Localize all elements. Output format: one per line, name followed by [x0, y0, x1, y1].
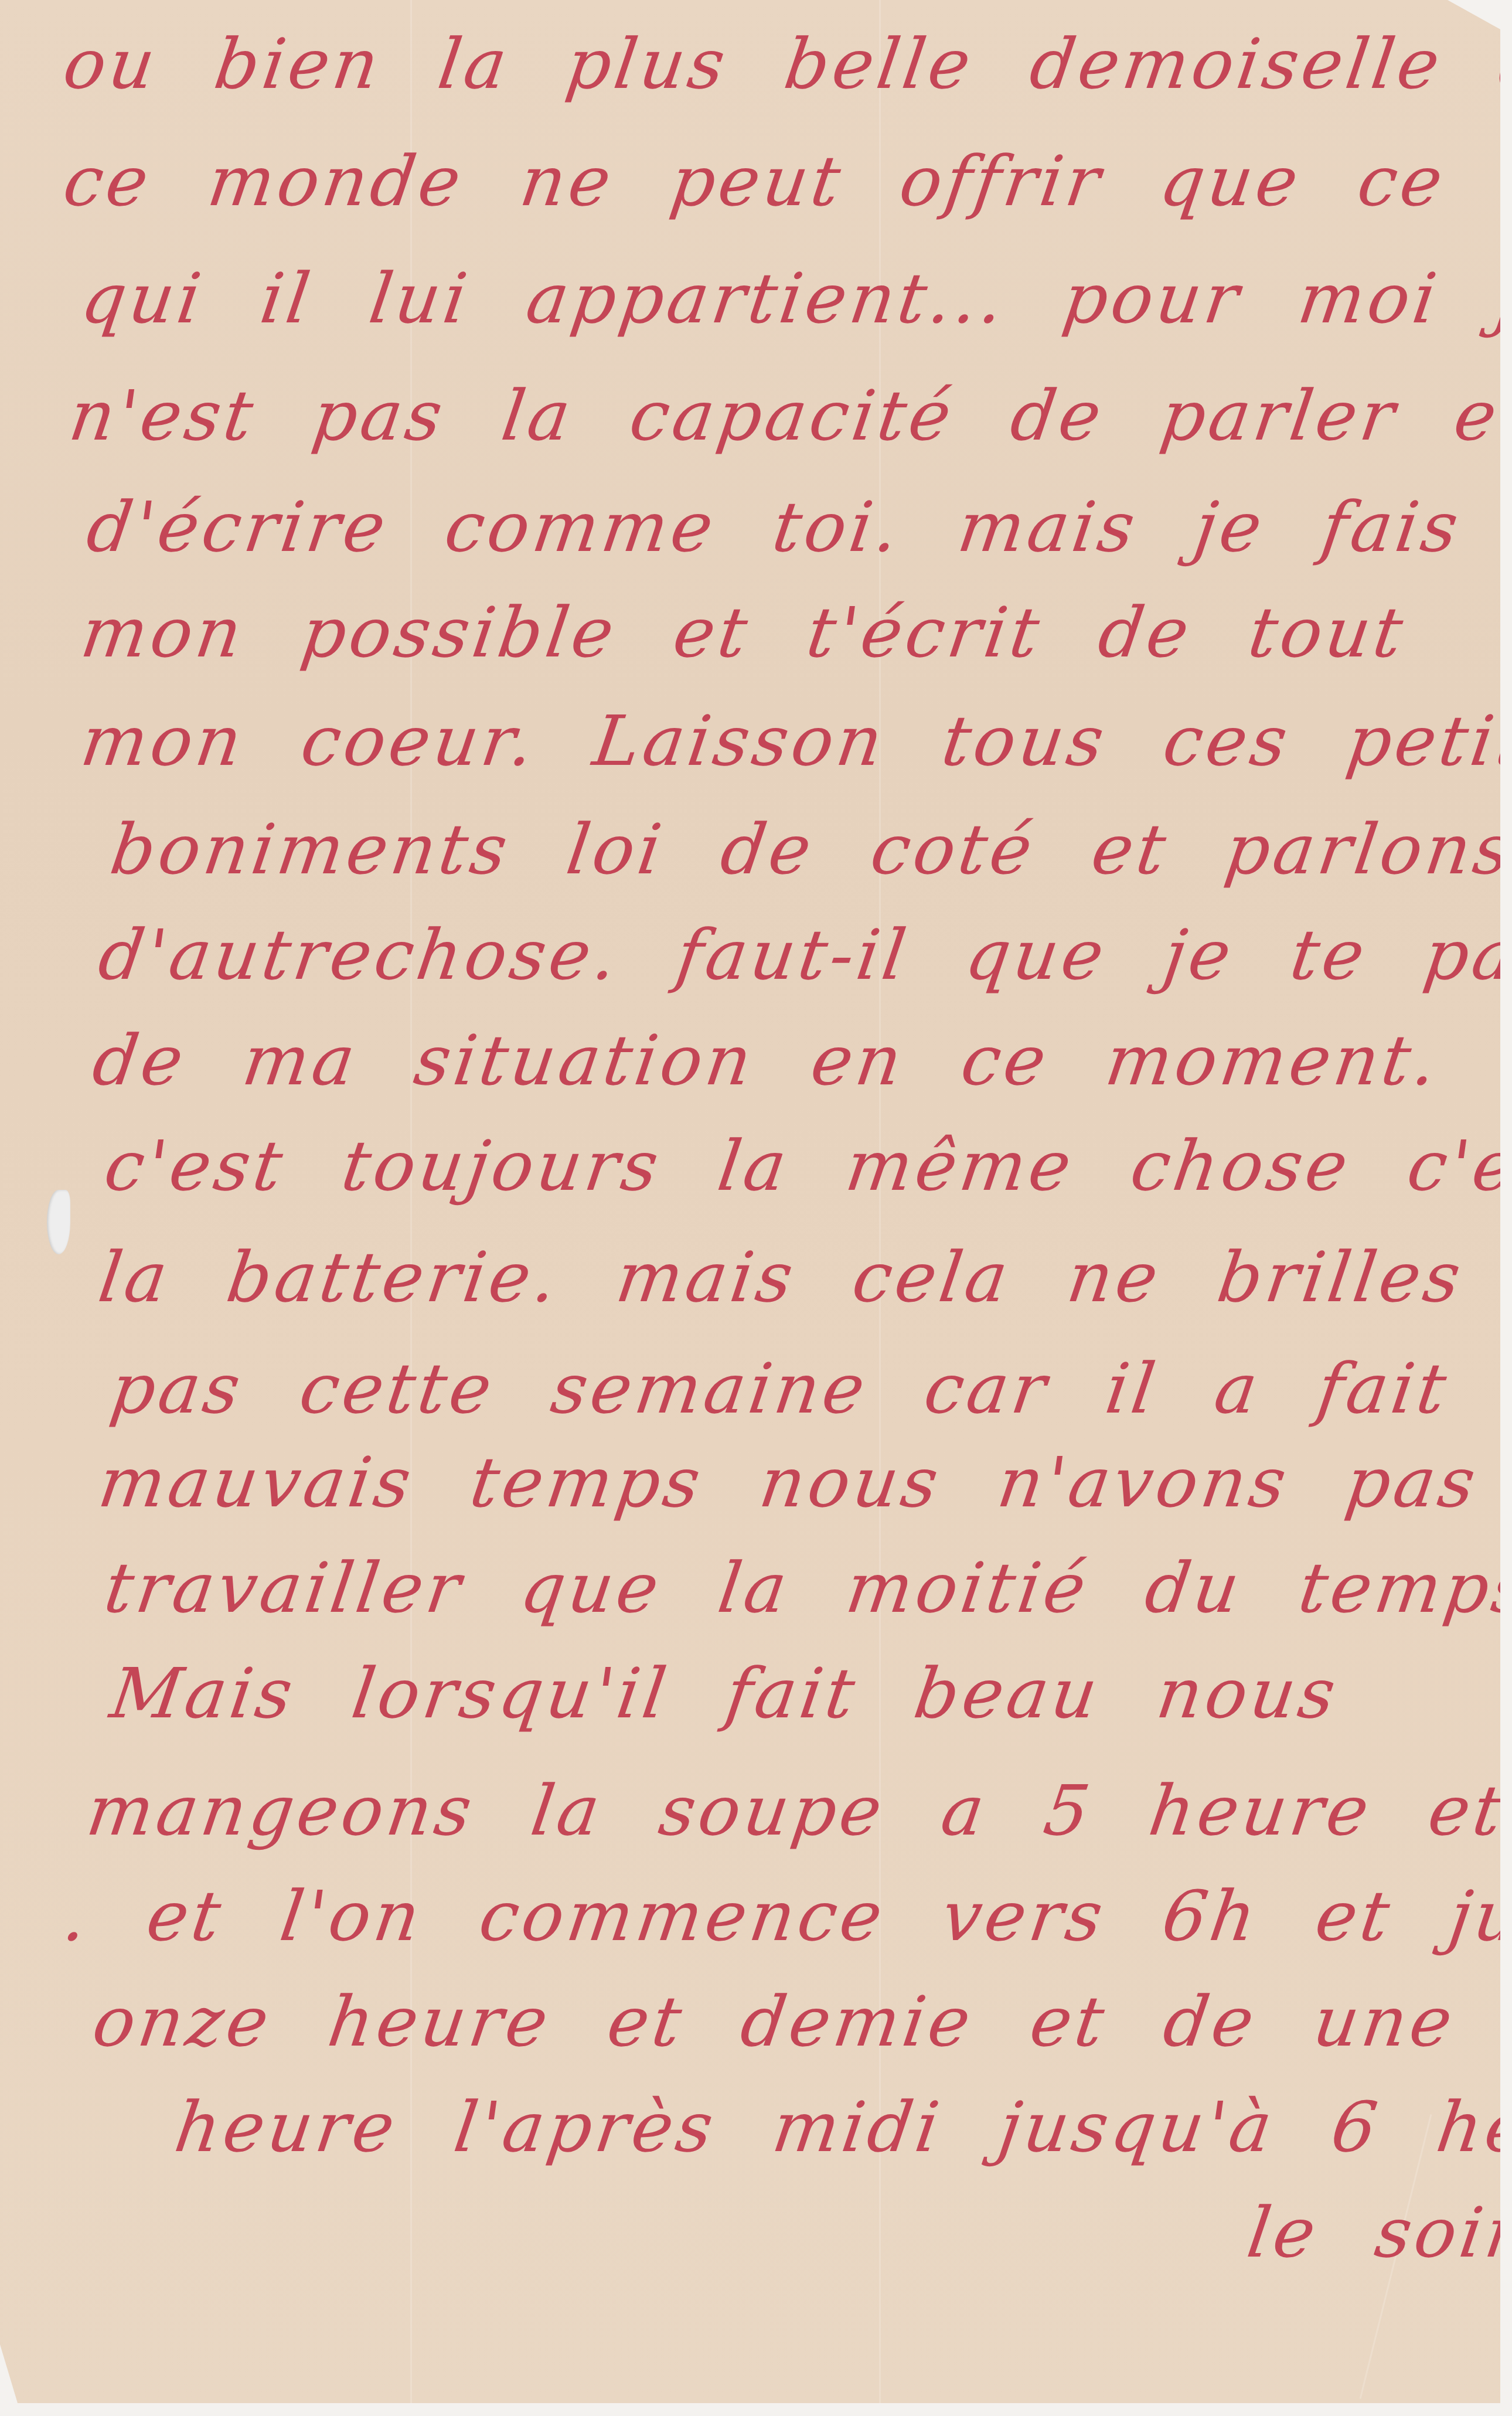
text-line: Mais lorsqu'il fait beau nous [105, 1653, 1344, 1734]
text-line: travailler que la moitié du temps. [100, 1547, 1512, 1628]
text-line: heure l'après midi jusqu'à 6 heur [170, 2087, 1512, 2167]
text-line: qui il lui appartient... pour moi je [76, 258, 1512, 339]
letter-sheet: ou bien la plus belle demoiselle de ce m… [0, 0, 1500, 2403]
text-line: ce monde ne peut offrir que ce [59, 141, 1451, 222]
text-line: mon possible et t'écrit de tout [76, 592, 1411, 673]
text-line: n'est pas la capacité de parler et [64, 375, 1512, 456]
text-line: d'écrire comme toi. mais je fais [82, 486, 1466, 567]
text-line: boniments loi de coté et parlons [105, 809, 1512, 890]
text-line: pas cette semaine car il a fait [105, 1348, 1455, 1429]
paper-tear [47, 1190, 70, 1254]
text-line: ou bien la plus belle demoiselle de [59, 23, 1512, 104]
text-line: la batterie. mais cela ne brilles [94, 1237, 1469, 1318]
text-line: onze heure et demie et de une [88, 1981, 1460, 2062]
text-line: mangeons la soupe a 5 heure et demie [82, 1770, 1512, 1851]
text-line: mon coeur. Laisson tous ces petits [76, 700, 1512, 781]
text-line: le soir [1242, 2192, 1512, 2273]
text-line: de ma situation en ce moment. [88, 1020, 1445, 1101]
text-line: d'autrechose. faut-il que je te parle [94, 914, 1512, 995]
text-line: c'est toujours la même chose c'est [100, 1125, 1512, 1206]
text-line: mauvais temps nous n'avons pas [94, 1442, 1483, 1523]
text-line: . et l'on commence vers 6h et jusqu'à [59, 1876, 1512, 1956]
